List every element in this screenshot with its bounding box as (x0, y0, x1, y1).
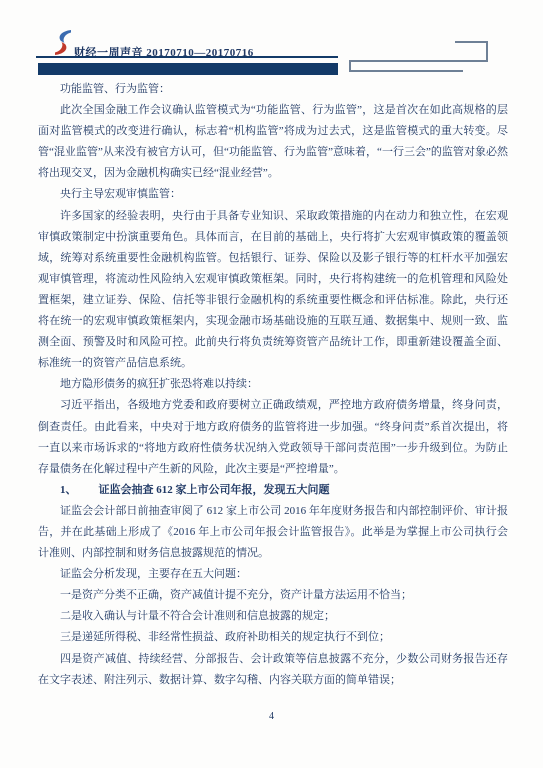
header-decoration-line (349, 70, 463, 72)
header-decoration-line (349, 60, 488, 62)
section-label: 功能监管、行为监管： (38, 79, 508, 100)
list-item: 一是资产分类不正确，资产减值计提不充分，资产计量方法运用不恰当； (38, 585, 508, 606)
paragraph: 许多国家的经验表明，央行由于具备专业知识、采取政策措施的内在动力和独立性，在宏观… (38, 206, 508, 375)
paragraph: 证监会分析发现，主要存在五大问题： (38, 564, 508, 585)
header-decoration-line (455, 41, 488, 43)
page-number: 4 (0, 711, 543, 722)
paragraph: 证监会会计部日前抽查审阅了 612 家上市公司 2016 年年度财务报告和内部控… (38, 501, 508, 564)
heading-number: 1、 (60, 484, 77, 496)
document-page: 财经一周声音 20170710—20170716 功能监管、行为监管： 此次全国… (0, 0, 543, 768)
paragraph: 习近平指出，各级地方党委和政府要树立正确政绩观，严控地方政府债务增量，终身问责，… (38, 395, 508, 479)
brand-logo-icon (53, 30, 73, 56)
list-item: 二是收入确认与计量不符合会计准则和信息披露的规定； (38, 606, 508, 627)
list-item: 四是资产减值、持续经营、分部报告、会计政策等信息披露不充分，少数公司财务报告还存… (38, 649, 508, 691)
paragraph: 此次全国金融工作会议确认监管模式为“功能监管、行为监管”，这是首次在如此高规格的… (38, 100, 508, 184)
list-item: 三是递延所得税、非经常性损益、政府补助相关的规定执行不到位； (38, 627, 508, 648)
heading-text: 证监会抽查 612 家上市公司年报，发现五大问题 (99, 484, 330, 496)
header-bar (38, 63, 338, 75)
header-rule (36, 56, 338, 58)
section-label: 央行主导宏观审慎监管： (38, 184, 508, 205)
header-decoration-line (486, 41, 488, 62)
document-body: 功能监管、行为监管： 此次全国金融工作会议确认监管模式为“功能监管、行为监管”，… (38, 79, 508, 691)
section-label: 地方隐形债务的疯狂扩张恐将难以持续： (38, 374, 508, 395)
numbered-heading: 1、证监会抽查 612 家上市公司年报，发现五大问题 (38, 480, 508, 501)
